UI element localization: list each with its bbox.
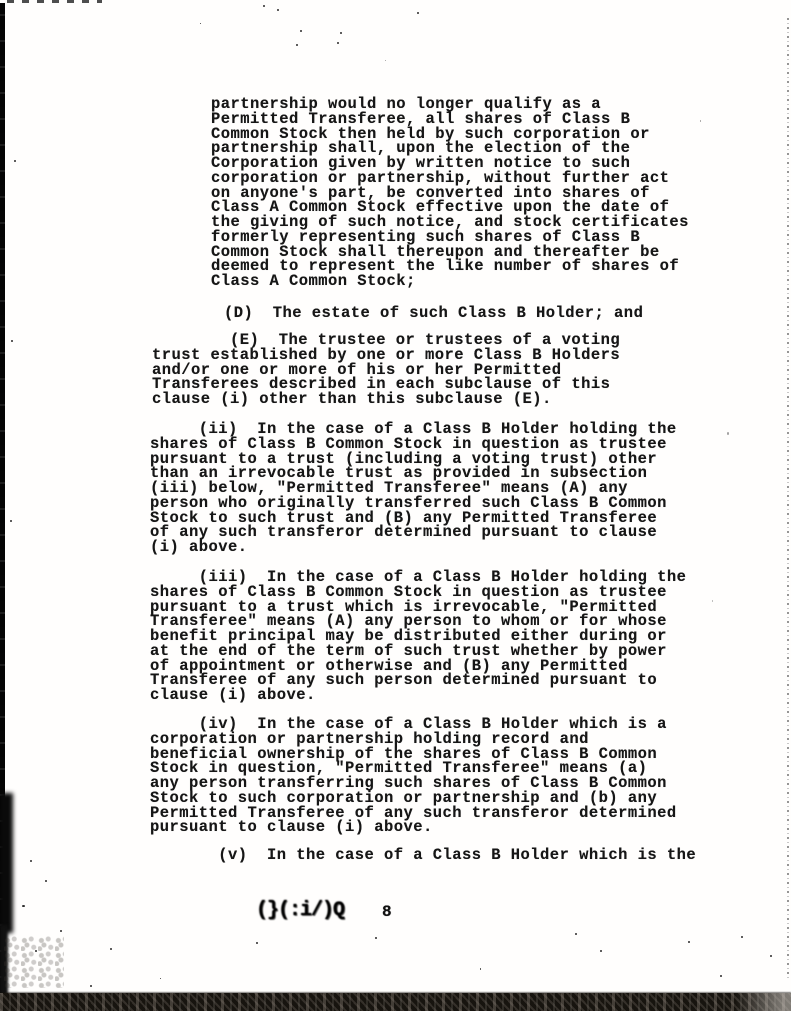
- paragraph-clause-d: (D) The estate of such Class B Holder; a…: [224, 306, 643, 321]
- footer-smudged-stamp: (}(:i/)Q: [256, 899, 344, 922]
- paragraph-clause-c-continuation: partnership would no longer qualify as a…: [211, 97, 689, 289]
- scan-right-edge-dotted-line: [787, 18, 789, 978]
- scanned-document-page: partnership would no longer qualify as a…: [0, 0, 791, 1011]
- scan-left-edge-blot: [0, 793, 13, 933]
- paragraph-clause-v: (v) In the case of a Class B Holder whic…: [150, 848, 696, 863]
- scan-top-left-marks: [7, 0, 102, 3]
- scan-bottom-band: [0, 993, 791, 1011]
- paragraph-clause-iv: (iv) In the case of a Class B Holder whi…: [150, 717, 677, 835]
- scan-bottom-left-smudge: [4, 936, 64, 988]
- paragraph-clause-ii: (ii) In the case of a Class B Holder hol…: [150, 422, 677, 555]
- paragraph-clause-iii: (iii) In the case of a Class B Holder ho…: [150, 570, 686, 703]
- paragraph-clause-e: (E) The trustee or trustees of a voting …: [152, 333, 620, 407]
- page-number: 8: [382, 903, 392, 921]
